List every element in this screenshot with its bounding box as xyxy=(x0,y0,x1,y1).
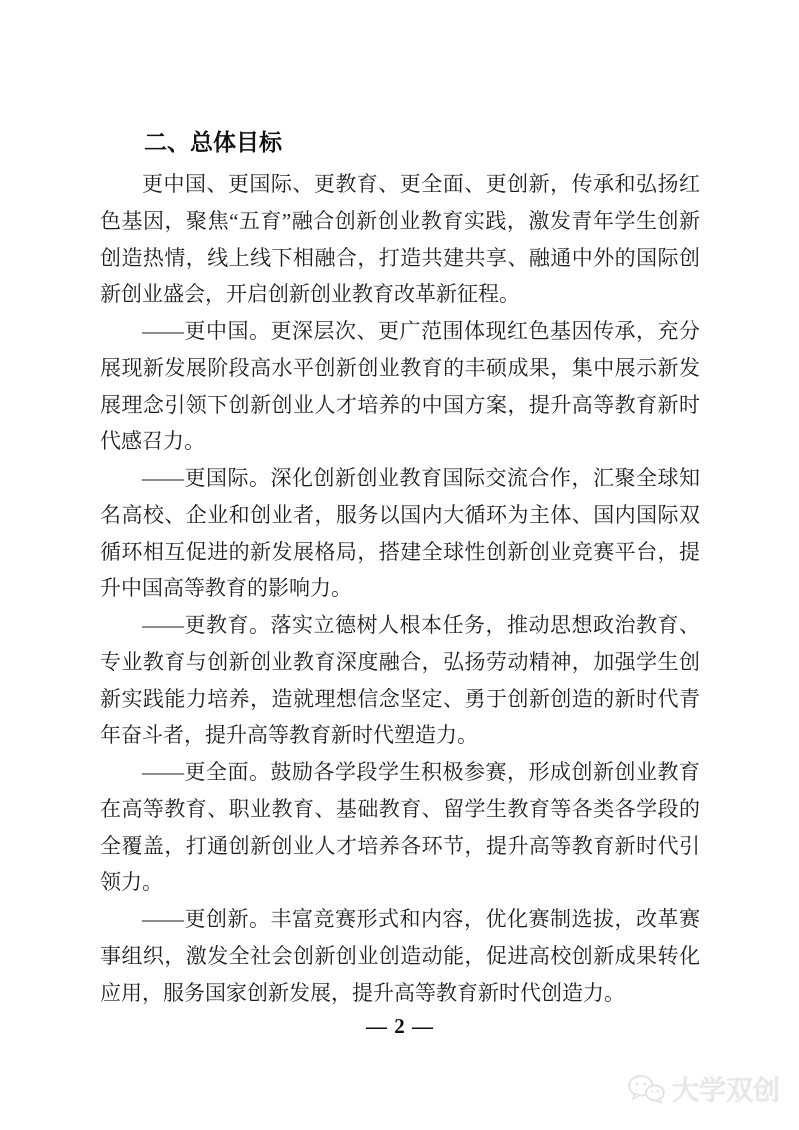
paragraph-geng-zhongguo: ——更中国。更深层次、更广范围体现红色基因传承，充分展现新发展阶段高水平创新创业… xyxy=(100,313,700,460)
paragraph-geng-jiaoyu: ——更教育。落实立德树人根本任务，推动思想政治教育、专业教育与创新创业教育深度融… xyxy=(100,607,700,754)
page-number: — 2 — xyxy=(100,1014,700,1039)
paragraph-geng-chuangxin: ——更创新。丰富竞赛形式和内容，优化赛制选拔，改革赛事组织，激发全社会创新创业创… xyxy=(100,901,700,1011)
paragraph-geng-quanmian: ——更全面。鼓励各学段学生积极参赛，形成创新创业教育在高等教育、职业教育、基础教… xyxy=(100,754,700,901)
paragraph-lead: ——更教育。 xyxy=(142,613,271,637)
document-page: 二、总体目标 更中国、更国际、更教育、更全面、更创新，传承和弘扬红色基因，聚焦“… xyxy=(0,0,799,1130)
section-heading: 二、总体目标 xyxy=(144,127,700,157)
paragraph-geng-guoji: ——更国际。深化创新创业教育国际交流合作，汇聚全球知名高校、企业和创业者，服务以… xyxy=(100,460,700,607)
watermark: 大学双创 xyxy=(627,1069,780,1108)
paragraph-text: 更中国、更国际、更教育、更全面、更创新，传承和弘扬红色基因，聚焦“五育”融合创新… xyxy=(100,172,700,306)
paragraph-intro: 更中国、更国际、更教育、更全面、更创新，传承和弘扬红色基因，聚焦“五育”融合创新… xyxy=(100,166,700,313)
paragraph-lead: ——更中国。 xyxy=(142,319,271,343)
paragraph-lead: ——更国际。 xyxy=(142,466,271,490)
watermark-label: 大学双创 xyxy=(672,1069,780,1108)
paragraph-lead: ——更创新。 xyxy=(142,907,271,931)
paragraph-lead: ——更全面。 xyxy=(142,760,271,784)
wechat-icon xyxy=(627,1074,665,1104)
document-body: 二、总体目标 更中国、更国际、更教育、更全面、更创新，传承和弘扬红色基因，聚焦“… xyxy=(100,127,700,1039)
